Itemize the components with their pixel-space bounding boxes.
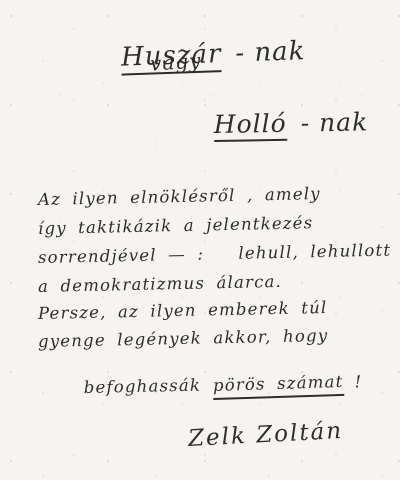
- body-line-7-prefix: befoghassák: [84, 375, 213, 397]
- body-line-4: a demokratizmus álarca.: [38, 272, 282, 296]
- conjunction: vagy: [149, 48, 202, 76]
- body-line-6: gyenge legények akkor, hogy: [38, 326, 329, 351]
- addressee-name-2: Holló: [214, 109, 287, 142]
- body-line-2: így taktikázik a jelentkezés: [38, 213, 314, 238]
- emphasized-phrase: pörös számat: [212, 372, 343, 400]
- signature: Zelk Zoltán: [187, 418, 343, 452]
- addressee-suffix-2: - nak: [300, 107, 368, 137]
- addressee-suffix-1: - nak: [235, 36, 306, 68]
- body-line-1: Az ilyen elnöklésről , amely: [38, 184, 321, 209]
- scanned-note: Huszár- nak vagy Holló- nak Az ilyen eln…: [0, 0, 400, 480]
- body-line-3: sorrendjével — : lehull, lehullott: [38, 241, 392, 267]
- body-line-7: befoghassák pörös számat !: [37, 353, 363, 422]
- body-line-7-suffix: !: [343, 372, 363, 391]
- addressee-line-2: Holló- nak: [177, 78, 369, 171]
- body-line-5: Persze, az ilyen emberek túl: [38, 298, 328, 323]
